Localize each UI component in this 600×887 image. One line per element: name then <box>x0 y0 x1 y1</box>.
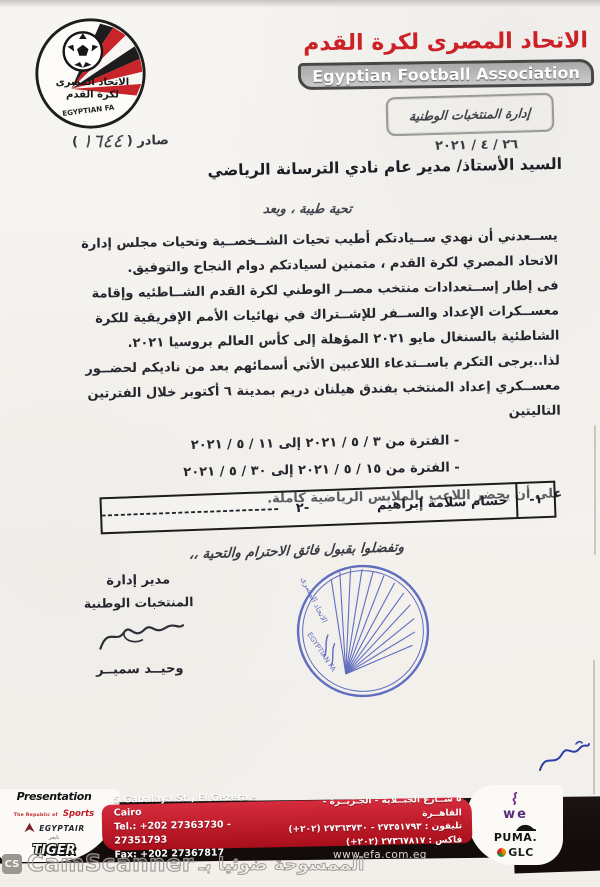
sponsor-egyptair: EGYPTAIR <box>23 822 85 834</box>
letter-body: يســعدني أن نهدي ســيادتكم أطيب تحيات ال… <box>42 224 563 516</box>
we-logo-text: we <box>503 808 528 821</box>
signature-scribble <box>91 619 187 657</box>
glc-globe-icon <box>497 848 506 857</box>
sponsor-presentation: Presentation The Republic of Sports <box>14 791 94 819</box>
department-stamp-box: إدارة المنتخبات الوطنية <box>385 93 554 137</box>
signature-title-line2: المنتخبات الوطنية <box>79 594 197 611</box>
address-ar-street: ٥ شــارع الجبــلاية - الجـزيــرة - القاه… <box>286 793 462 824</box>
footer-sponsors-right: we PUMA. GLC <box>468 785 563 865</box>
camscanner-badge-icon: CS <box>2 854 22 874</box>
sponsor-we: we <box>503 792 528 821</box>
camscanner-arabic-text: الممسوحة ضوئيا بـ <box>199 854 365 875</box>
sponsor-glc: GLC <box>497 846 534 859</box>
outgoing-number: ١٦٤٤ <box>81 130 123 153</box>
corner-ink-scribble <box>536 738 592 778</box>
player-1-name: حسام سلامة إبراهيم <box>326 484 517 524</box>
address-ribbon: 5 Gabalaya St., El Gezera - Cairo Tel.: … <box>102 797 473 851</box>
scan-edge-artifact <box>594 425 596 555</box>
issue-date: ٢٦ / ٤ / ٢٠٢١ <box>435 137 518 153</box>
address-en-tel: Tel.: +202 27363730 - 27351793 <box>114 817 282 848</box>
greeting-handwritten: تحية طيبة ، وبعد <box>263 202 353 217</box>
logo-arabic-line2: لكرة القدم <box>66 89 119 100</box>
association-title-arabic: الاتحاد المصرى لكرة القدم <box>258 28 588 56</box>
sponsor-puma: PUMA. <box>494 823 537 843</box>
glc-logo-text: GLC <box>508 846 534 859</box>
scan-top-edge <box>0 0 600 7</box>
recipient-line: السيد الأستاذ/ مدير عام نادي الترسانة ال… <box>32 155 562 183</box>
stamp-arabic-text: الاتحاد المصرى <box>299 575 330 625</box>
signature-block: مدير إدارة المنتخبات الوطنية وحيــد سميـ… <box>79 572 199 678</box>
we-swirl-icon <box>508 792 522 805</box>
presentation-logo-text: Presentation <box>14 791 94 802</box>
player-1-number: ١- <box>515 483 554 517</box>
presentation-tagline: The Republic of <box>14 813 58 818</box>
presentation-sports-text: Sports <box>63 809 94 819</box>
egyptair-logo-text: EGYPTAIR <box>39 824 85 833</box>
egyptair-falcon-icon <box>23 822 36 834</box>
puma-logo-text: PUMA. <box>494 832 537 843</box>
camscanner-name: CamScanner <box>27 851 194 877</box>
signature-name: وحيــد سميــر <box>81 661 199 678</box>
department-stamp-text: إدارة المنتخبات الوطنية <box>409 105 531 123</box>
player-2-number: -٢ <box>278 491 327 526</box>
efa-crest-logo: الاتحاد المصرى لكرة القدم EGYPTIAN FA <box>33 16 148 131</box>
signature-title-line1: مدير إدارة <box>79 572 197 589</box>
scanned-letter-page: الاتحاد المصرى لكرة القدم EGYPTIAN FA ال… <box>0 0 600 887</box>
address-en-street: 5 Gabalaya St., El Gezera - Cairo <box>113 790 281 821</box>
body-paragraph-3: لذا..يرجى التكرم باســتدعاء اللاعبين الأ… <box>44 348 561 432</box>
outgoing-label: صادر ( <box>127 133 169 149</box>
outgoing-number-line: صادر ( ١٦٤٤ ) <box>72 129 169 153</box>
association-title-banner: Egyptian Football Association <box>298 59 594 90</box>
scan-edge-artifact <box>593 660 595 795</box>
body-paragraph-2: فى إطار إســتعدادات منتخب مصــر الوطني ل… <box>42 274 559 358</box>
official-round-stamp: EGYPTIAN FA الاتحاد المصرى <box>275 543 451 719</box>
tiger-arabic-text: تايجر <box>32 836 75 841</box>
body-paragraph-1: يســعدني أن نهدي ســيادتكم أطيب تحيات ال… <box>42 224 559 283</box>
camscanner-watermark: CS CamScanner الممسوحة ضوئيا بـ <box>2 851 364 877</box>
logo-arabic-line1: الاتحاد المصرى <box>56 77 130 88</box>
player-2-name-blank: ------------------------------ <box>102 493 280 532</box>
outgoing-label-close: ) <box>72 134 78 149</box>
address-arabic: ٥ شــارع الجبــلاية - الجـزيــرة - القاه… <box>286 793 462 851</box>
